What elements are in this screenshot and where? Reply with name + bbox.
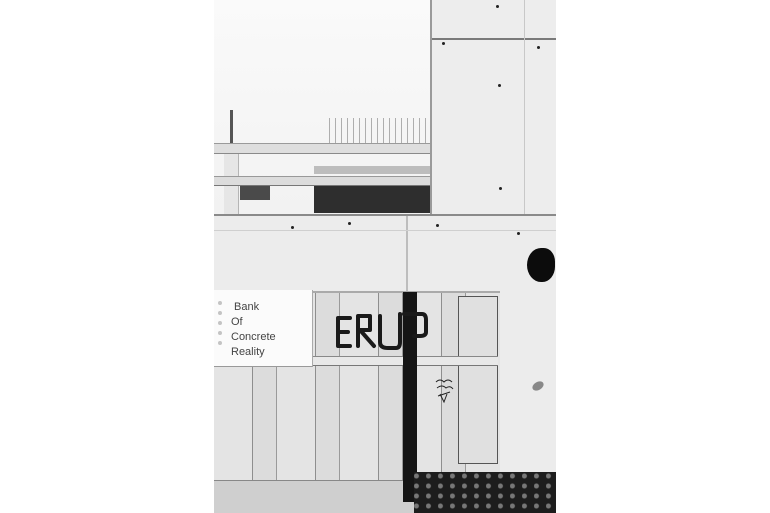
lower-boards — [214, 480, 414, 513]
pillar-seam — [432, 38, 556, 40]
sign-line: Of — [231, 315, 276, 330]
wall-seam — [406, 216, 408, 296]
tie-hole — [499, 187, 502, 190]
black-paint-blot — [527, 248, 555, 282]
plywood-door-panel — [458, 296, 498, 464]
sign-line: Concrete — [231, 330, 276, 345]
beam-soffit — [314, 166, 430, 174]
tie-hole — [291, 226, 294, 229]
cast-shadow — [240, 186, 270, 200]
tie-hole — [442, 42, 445, 45]
sign-line: Reality — [231, 345, 276, 360]
weeds-ground — [414, 472, 556, 513]
concrete-pillar — [430, 0, 556, 226]
tie-hole — [498, 84, 501, 87]
shadowed-floor-slab — [314, 186, 430, 213]
sign-bullets — [218, 301, 224, 351]
pillar-seam-vertical — [524, 0, 525, 226]
tie-hole — [537, 46, 540, 49]
photograph: Bank Of Concrete Reality — [214, 0, 556, 513]
lower-beam — [214, 176, 430, 186]
small-graffiti-tag — [434, 378, 456, 404]
sign-board: Bank Of Concrete Reality — [214, 290, 313, 367]
tie-hole — [436, 224, 439, 227]
sign-line: Bank — [231, 300, 276, 315]
tie-hole — [348, 222, 351, 225]
graffiti-tag — [334, 306, 430, 356]
tie-hole — [496, 5, 499, 8]
sign-text: Bank Of Concrete Reality — [231, 300, 276, 360]
tie-hole — [517, 232, 520, 235]
upper-beam — [214, 143, 430, 154]
wall-seam-horizontal — [214, 230, 556, 231]
